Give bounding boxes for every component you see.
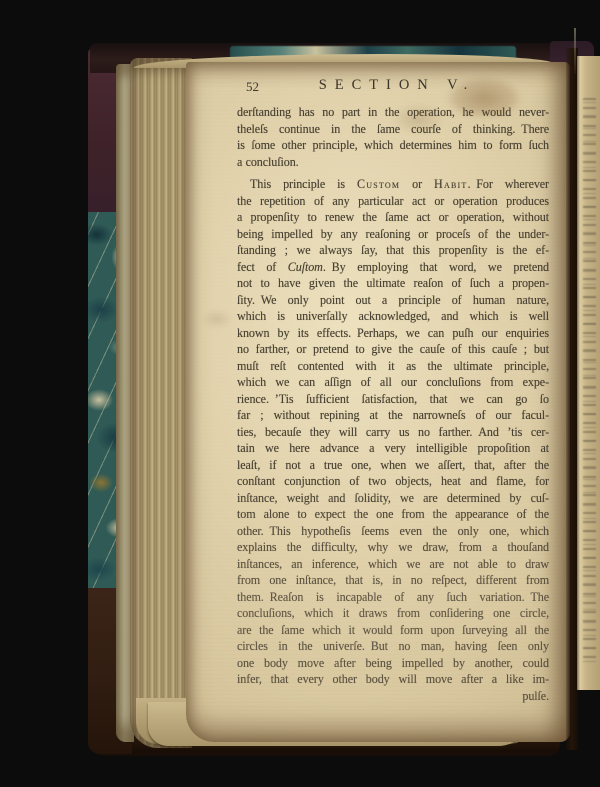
book-page: 52 SECTION V. derſtanding has no part in… xyxy=(186,62,570,742)
text-line: the repetition of any particular act or … xyxy=(237,193,549,210)
text-line: is ſome other principle, which determine… xyxy=(237,137,549,154)
text-line: which is univerſally acknowledged, and w… xyxy=(237,308,549,325)
page-edges-stack xyxy=(130,58,192,748)
text-line: ſity. We only point out a principle of h… xyxy=(237,292,549,309)
text-line: fect of Cuſtom. By employing that word, … xyxy=(237,259,549,276)
text-line: conſtant conjunction of two objects, hea… xyxy=(237,473,549,490)
text-line: being impelled by any reaſoning or proce… xyxy=(237,226,549,243)
text-segment: . For wherever xyxy=(467,177,549,191)
paragraph: This principle is Custom or Habit. For w… xyxy=(237,176,549,688)
text-line: not to have given the ultimate reaſon of… xyxy=(237,275,549,292)
text-line: tain we here advance a very intelligible… xyxy=(237,440,549,457)
text-line: explains the difficulty, why we draw, fr… xyxy=(237,539,549,556)
text-line: tom alone to expect the one from the app… xyxy=(237,506,549,523)
text-line: a concluſion. xyxy=(237,154,549,171)
text-line: infer, that every other body will move a… xyxy=(237,671,549,688)
italic-word: Cuſtom xyxy=(288,260,323,274)
small-caps-word: Custom xyxy=(357,177,400,191)
text-line: circles in the univerſe. But no man, hav… xyxy=(237,638,549,655)
text-line: which we can aſſign of all our concluſio… xyxy=(237,374,549,391)
text-line: them. Reaſon is incapable of any ſuch va… xyxy=(237,589,549,606)
text-block: derſtanding has no part in the operation… xyxy=(237,104,549,704)
text-line: inſtance, weight and ſolidity, we are de… xyxy=(237,490,549,507)
text-line: pulſe. xyxy=(237,688,549,705)
glass-reflection-line xyxy=(574,28,576,74)
small-caps-word: Habit xyxy=(434,177,467,191)
text-line: from one inſtance, that is, in no reſpec… xyxy=(237,572,549,589)
text-line: inſtances, an inference, which we are no… xyxy=(237,556,549,573)
text-line: This principle is Custom or Habit. For w… xyxy=(237,176,549,193)
text-segment: . By employing that word, we pretend xyxy=(323,260,549,274)
text-line: are the ſame which it would form upon ſu… xyxy=(237,622,549,639)
text-line: known by its effects. Perhaps, we can pu… xyxy=(237,325,549,342)
text-line: no farther, or pretend to give the cauſe… xyxy=(237,341,549,358)
text-line: other. This hypotheſis ſeems even the on… xyxy=(237,523,549,540)
text-segment: or xyxy=(400,177,434,191)
text-segment: fect of xyxy=(237,260,288,274)
text-line: far ; without repining at the narrowneſs… xyxy=(237,407,549,424)
text-line: ſtanding ; we always ſay, that this prop… xyxy=(237,242,549,259)
page-stain-small xyxy=(382,98,454,140)
facing-page-text-blur xyxy=(583,98,596,664)
text-line: concluſions, which it draws from conſide… xyxy=(237,605,549,622)
text-segment: This principle is xyxy=(250,177,357,191)
text-line: one body move after being impelled by an… xyxy=(237,655,549,672)
text-line: muſt reſt contented with it as the ultim… xyxy=(237,358,549,375)
text-line: leaſt, if not a true one, when we aſſert… xyxy=(237,457,549,474)
text-line: rience. ’Tis ſufficient ſatisfaction, th… xyxy=(237,391,549,408)
facing-page-edge xyxy=(577,56,600,690)
photo-background: 52 SECTION V. derſtanding has no part in… xyxy=(0,0,600,787)
text-line: a propenſity to renew the ſame act or op… xyxy=(237,209,549,226)
text-line: ties, becauſe they will carry us no fart… xyxy=(237,424,549,441)
paragraph: pulſe. xyxy=(237,688,549,705)
page-stain-faint xyxy=(196,306,238,332)
